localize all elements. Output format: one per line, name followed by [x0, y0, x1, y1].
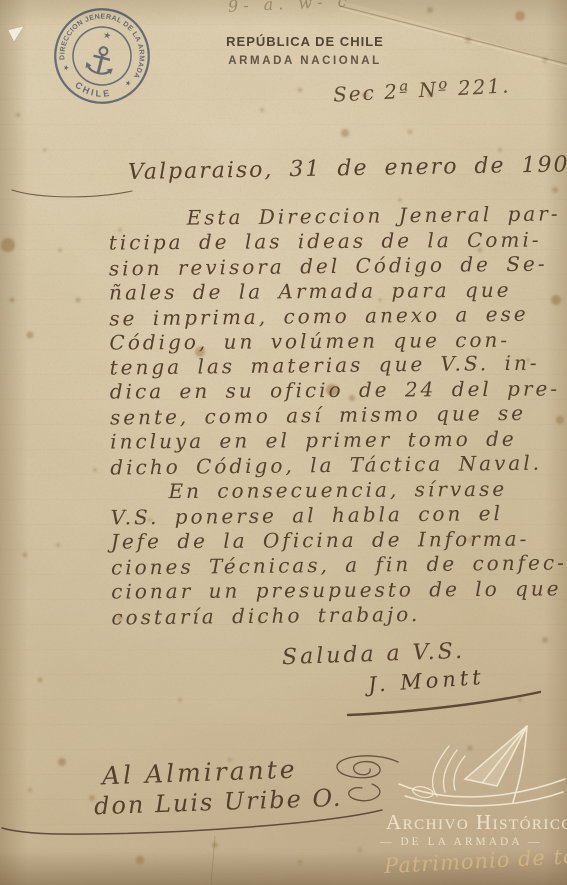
body-line: cionar un presupuesto de lo que [111, 576, 556, 604]
watermark-tagline: Patrimonio de todos [384, 842, 567, 878]
addressee-flourish [337, 756, 398, 778]
crease-line-bottom [211, 836, 215, 885]
body-line: Jefe de la Oficina de Informa- [111, 526, 556, 554]
pencil-annotation: 9- a. w- c [228, 0, 352, 16]
body-line: ticipa de las ideas de la Comi- [109, 227, 554, 255]
star-icon: ★ [124, 79, 132, 88]
star-icon: ★ [62, 63, 70, 72]
body-line: Esta Direccion Jeneral par- [108, 201, 553, 231]
body-line: V.S. ponerse al habla con el [111, 500, 556, 530]
body-line: sion revisora del Código de Se- [109, 251, 554, 281]
signature: J. Montt [367, 665, 485, 697]
letterhead: REPÚBLICA DE CHILE ARMADA NACIONAL [205, 34, 405, 67]
addressee-flourish-tail [349, 784, 380, 801]
document-page: DIRECCION JENERAL DE LA ARMADA CHILE ★ ★… [0, 0, 567, 885]
closing-salutation: Saluda a V.S. [282, 639, 466, 670]
anchor-icon: ⚓ [78, 36, 122, 88]
body-line: ñales de la Armada para que [109, 277, 554, 305]
sailboat-icon [397, 722, 567, 814]
body-line: dicho Código, la Táctica Naval. [110, 451, 555, 481]
tear-mark [8, 26, 24, 42]
body-line: se imprima, como anexo a ese [109, 301, 554, 331]
reference-number: Sec 2ª Nº 221. [332, 73, 510, 106]
addressee-line-1: Al Almirante [102, 755, 298, 791]
letterhead-country: REPÚBLICA DE CHILE [205, 34, 405, 49]
watermark-subtitle: — DE LA ARMADA — [380, 836, 542, 848]
watermark-title: Archivo Histórico [386, 810, 567, 835]
body-line: costaría dicho trabajo. [111, 600, 556, 630]
naval-stamp: DIRECCION JENERAL DE LA ARMADA CHILE ★ ★… [41, 0, 163, 117]
body-line: En consecuencia, sírvase [110, 476, 555, 504]
letter-body: Esta Direccion Jeneral par- ticipa de la… [109, 202, 557, 629]
body-line: ciones Técnicas, a fin de confec- [111, 550, 556, 580]
letterhead-institution: ARMADA NACIONAL [205, 55, 405, 67]
dateline-flourish [12, 190, 132, 197]
dateline: Valparaiso, 31 de enero de 1900 [128, 152, 567, 185]
